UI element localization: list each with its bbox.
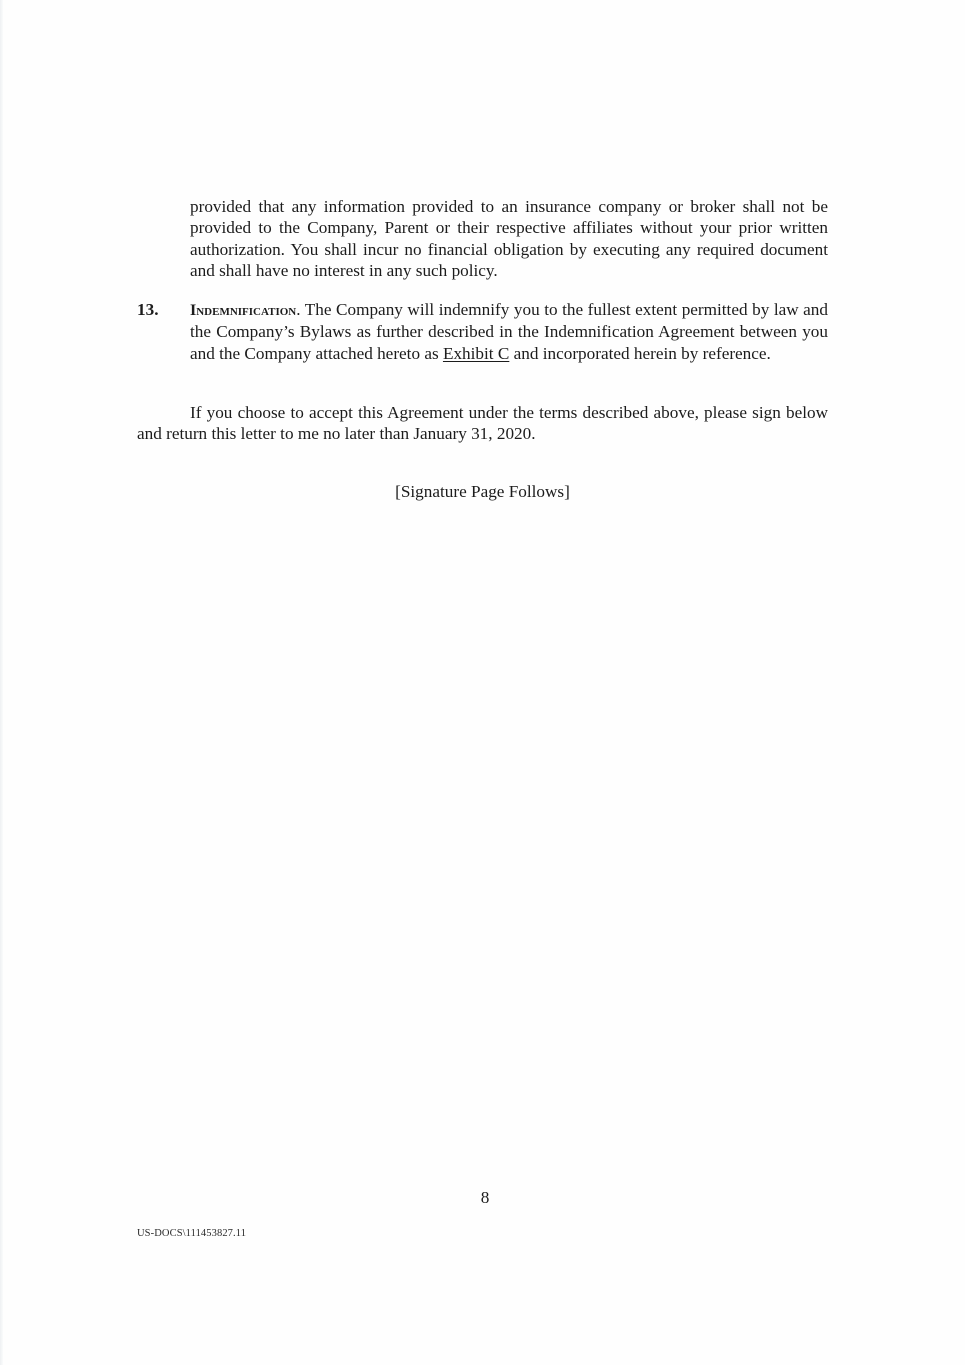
- exhibit-c-reference: Exhibit C: [443, 344, 509, 363]
- section-text-part-2: and incorporated herein by reference.: [509, 344, 771, 363]
- indemnification-section: Indemnification. The Company will indemn…: [190, 299, 828, 364]
- signature-page-notice: [Signature Page Follows]: [0, 481, 965, 502]
- section-heading: Indemnification: [190, 302, 296, 319]
- page-number: 8: [0, 1187, 965, 1208]
- closing-paragraph: If you choose to accept this Agreement u…: [137, 402, 828, 445]
- section-number: 13.: [137, 299, 158, 320]
- document-page: provided that any information provided t…: [0, 0, 965, 1365]
- document-id-footer: US-DOCS\111453827.11: [137, 1227, 246, 1241]
- insurance-continuation-paragraph: provided that any information provided t…: [190, 196, 828, 281]
- scan-edge-shadow: [0, 0, 3, 1365]
